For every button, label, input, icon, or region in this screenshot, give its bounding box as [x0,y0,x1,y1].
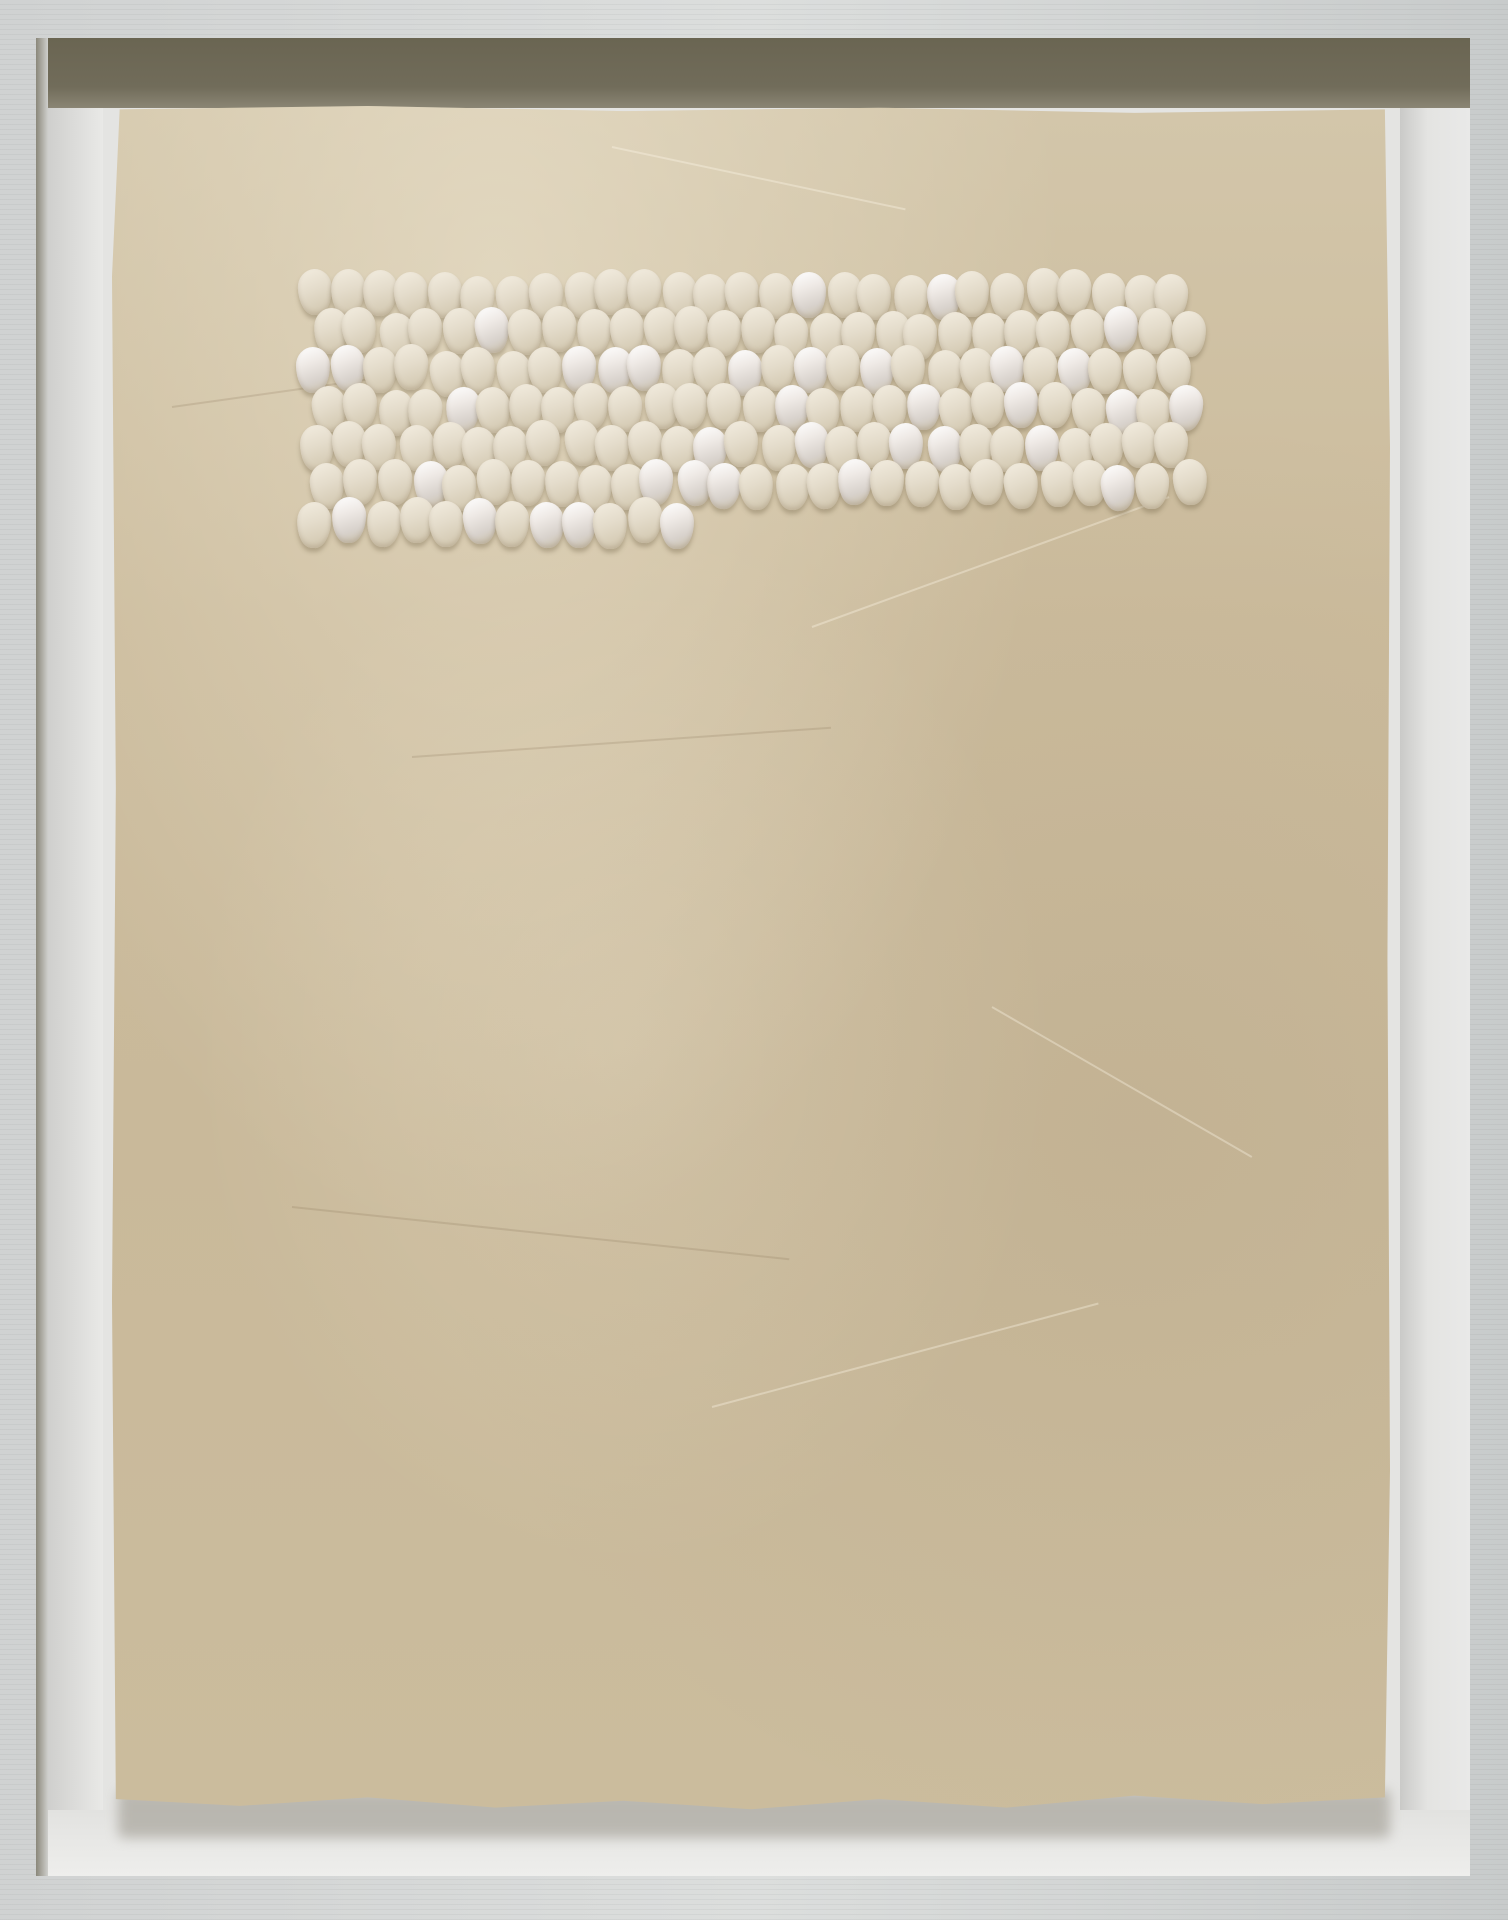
scale [673,306,708,353]
frame-left-shadow [36,38,48,1876]
scale [1087,347,1123,394]
scale [738,463,775,511]
mat-left [48,108,103,1863]
scale [1137,307,1173,354]
frame-top-shadow [36,38,1470,108]
scale [1040,461,1075,508]
scale [1004,382,1038,428]
scale [627,496,663,544]
scale [541,305,577,352]
scale [1120,421,1157,469]
scale [955,270,990,317]
fish-scale-cluster [298,272,1198,562]
scale [393,344,429,391]
scale [870,459,905,506]
scale [672,383,707,430]
scale [826,345,861,392]
scale [1026,268,1061,315]
scale [938,464,973,511]
scale [562,502,597,548]
scale [378,458,413,505]
scale [296,502,332,550]
scale [970,382,1004,428]
scale [806,462,843,510]
scale [510,459,546,507]
scale [529,500,566,548]
scale [705,462,742,510]
scale [837,458,873,506]
scale [968,458,1005,506]
scale [1104,306,1139,353]
scale [494,501,530,548]
scale [1134,462,1169,509]
scale [775,464,811,512]
scale [660,502,695,548]
scale [1100,463,1137,511]
scale [903,460,940,508]
scale [792,272,826,318]
scale [723,421,758,468]
mat-right [1400,108,1470,1863]
scale [545,460,580,507]
scale [365,500,403,549]
scale [428,500,463,547]
scale [592,502,628,549]
scale [1037,381,1073,429]
scale [331,496,367,543]
scale [462,497,499,545]
